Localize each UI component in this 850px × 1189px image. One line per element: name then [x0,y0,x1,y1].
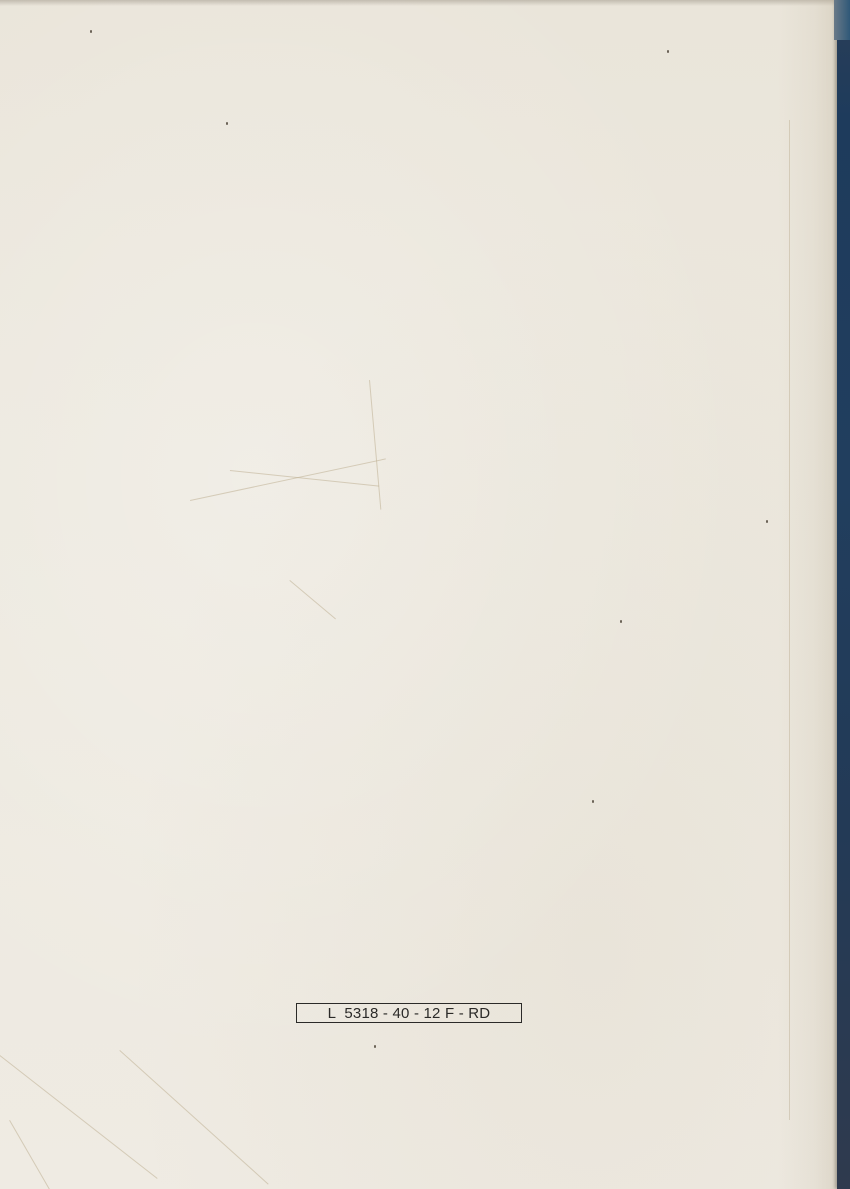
paper-crease [230,470,379,487]
paper-crease [0,1055,158,1179]
paper-speck [667,50,669,53]
paper-speck [766,520,768,523]
paper-speck [592,800,594,803]
book-back-cover: L 5318 - 40 - 12 F - RD [0,0,850,1189]
paper-speck [374,1045,376,1048]
paper-crease [289,580,336,619]
paper-crease [369,380,381,510]
paper-crease [119,1050,268,1185]
paper-crease [190,458,386,501]
catalog-code-label: L 5318 - 40 - 12 F - RD [296,1003,522,1023]
paper-speck [90,30,92,33]
spine-fold-shading [778,0,838,1189]
blue-spine-edge [837,0,850,1189]
spine-corner [834,0,850,40]
paper-crease [9,1120,50,1189]
paper-speck [226,122,228,125]
top-edge-shadow [0,0,850,6]
paper-speck [620,620,622,623]
paper-crease [789,120,790,1120]
